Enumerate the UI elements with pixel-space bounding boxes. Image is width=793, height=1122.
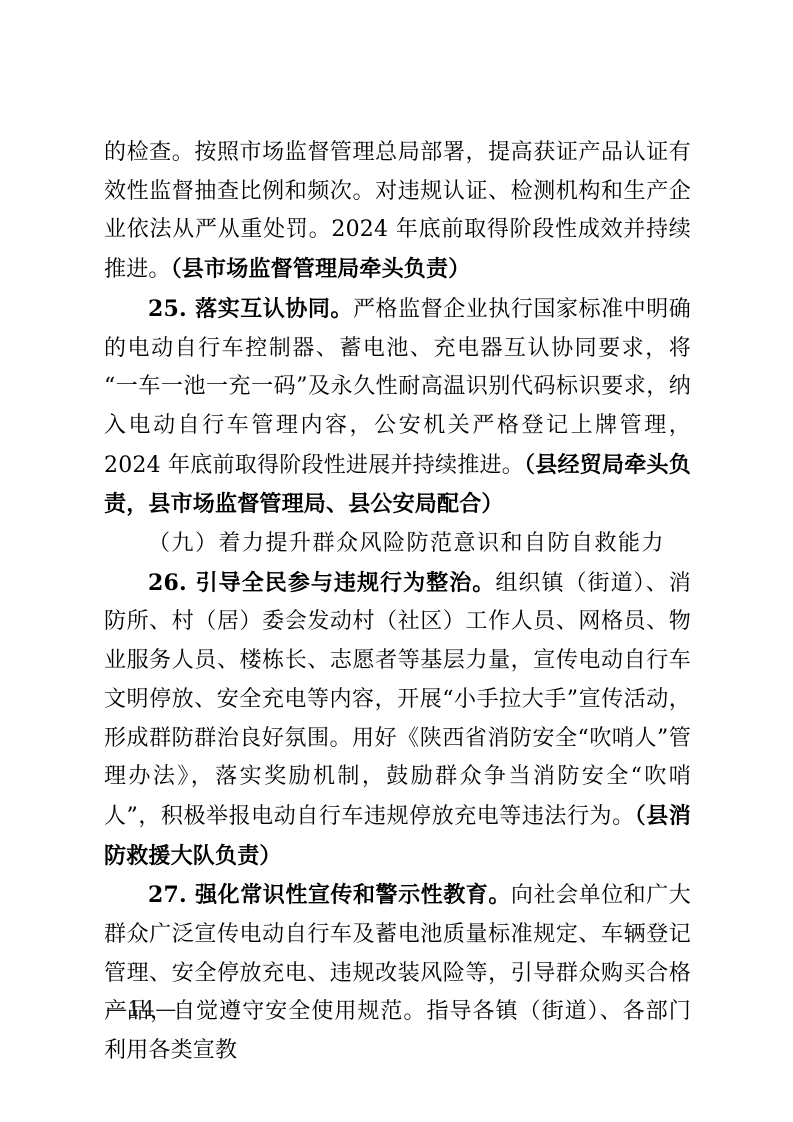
section-heading-9: （九）着力提升群众风险防范意识和自防自救能力 — [104, 525, 691, 564]
item-lead: 25. 落实互认协同。 — [148, 296, 353, 322]
section-heading-text: （九）着力提升群众风险防范意识和自防自救能力 — [148, 531, 665, 556]
page-footer: —14— — [106, 997, 177, 1021]
document-page: 的检查。按照市场监督管理总局部署，提高获证产品认证有效性监督抽查比例和频次。对违… — [0, 0, 793, 1122]
item-lead: 27. 强化常识性宣传和警示性教育。 — [148, 882, 511, 908]
document-body: 的检查。按照市场监督管理总局部署，提高获证产品认证有效性监督抽查比例和频次。对违… — [104, 134, 691, 1071]
page-number: —14— — [106, 997, 177, 1021]
item-lead: 26. 引导全民参与违规行为整治。 — [148, 570, 495, 596]
body-text-run: 组织镇（街道）、消防所、村（居）委会发动村（社区）工作人员、网格员、物业服务人员… — [104, 571, 691, 829]
paragraph-item-25: 25. 落实互认协同。严格监督企业执行国家标准中明确的电动自行车控制器、蓄电池、… — [104, 290, 691, 525]
body-text-run: 严格监督企业执行国家标准中明确的电动自行车控制器、蓄电池、充电器互认协同要求，将… — [104, 297, 691, 478]
paragraph-item-26: 26. 引导全民参与违规行为整治。组织镇（街道）、消防所、村（居）委会发动村（社… — [104, 564, 691, 877]
responsibility-assignment: （县市场监督管理局牵头负责） — [171, 256, 471, 282]
paragraph-item-27: 27. 强化常识性宣传和警示性教育。向社会单位和广大群众广泛宣传电动自行车及蓄电… — [104, 876, 691, 1071]
paragraph-continuation: 的检查。按照市场监督管理总局部署，提高获证产品认证有效性监督抽查比例和频次。对违… — [104, 134, 691, 290]
body-text-run: 向社会单位和广大群众广泛宣传电动自行车及蓄电池质量标准规定、车辆登记管理、安全停… — [104, 883, 691, 1063]
